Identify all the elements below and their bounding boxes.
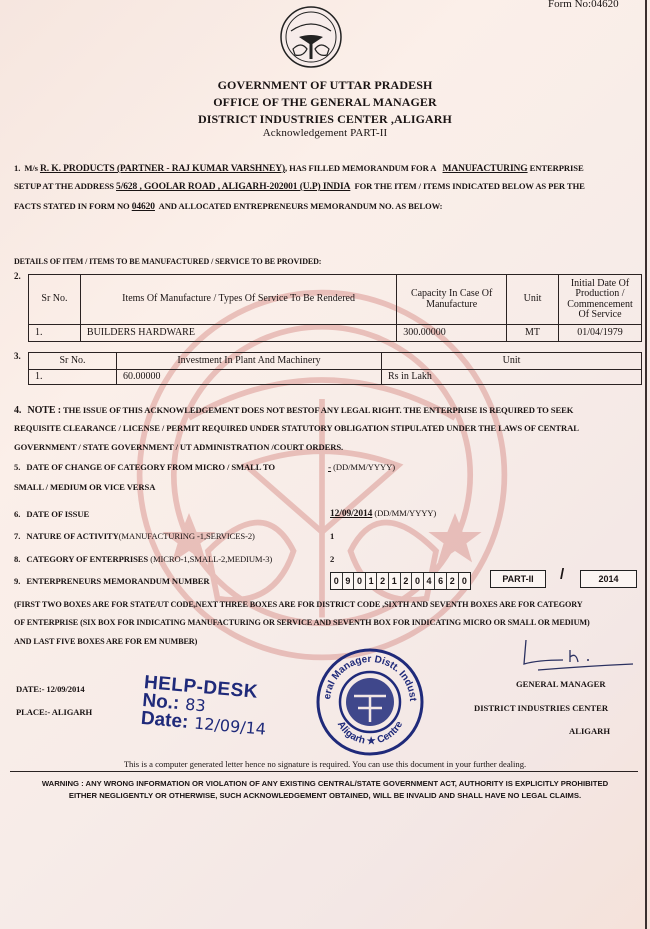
section1-text: FACTS STATED IN FORM NO xyxy=(14,201,130,211)
signatory-title: GENERAL MANAGER xyxy=(516,679,606,689)
item6-label: 6. DATE OF ISSUE xyxy=(14,509,89,519)
date-format: (DD/MM/YYYY) xyxy=(374,508,436,518)
col-header: Unit xyxy=(507,275,559,325)
em-digit-box: 0 xyxy=(412,573,424,589)
em-digit-box: 0 xyxy=(459,573,471,589)
signature-icon xyxy=(518,638,638,678)
enterprise-address: 5/628 , GOOLAR ROAD , ALIGARH-202001 (U.… xyxy=(116,182,350,192)
section2-number: 2. xyxy=(14,271,21,281)
item5-label2: SMALL / MEDIUM OR VICE VERSA xyxy=(14,482,155,492)
section1-line1: 1. M/s R. K. PRODUCTS (PARTNER - RAJ KUM… xyxy=(14,163,584,174)
table-header-row: Sr No. Investment In Plant And Machinery… xyxy=(29,353,642,370)
cell-capacity: 300.00000 xyxy=(397,325,507,342)
signatory-place: ALIGARH xyxy=(569,726,610,736)
col-header: Sr No. xyxy=(29,353,117,370)
section-number: 9. xyxy=(14,576,20,586)
section3-number: 3. xyxy=(14,351,21,361)
item5-label-text: DATE OF CHANGE OF CATEGORY FROM MICRO / … xyxy=(26,462,275,472)
em-digit-box: 2 xyxy=(377,573,389,589)
header-government: GOVERNMENT OF UTTAR PRADESH xyxy=(0,78,650,93)
cell-investment: 60.00000 xyxy=(117,370,382,385)
category-value: 2 xyxy=(330,554,334,564)
cell-sr-no: 1. xyxy=(29,370,117,385)
item7-hint: (MANUFACTURING -1,SERVICES-2) xyxy=(119,531,255,541)
note-text: THE ISSUE OF THIS ACKNOWLEDGEMENT DOES N… xyxy=(63,405,573,415)
issue-date: 12/09/2014 xyxy=(330,509,372,519)
col-header: Investment In Plant And Machinery xyxy=(117,353,382,370)
nature-of-activity-value: 1 xyxy=(330,531,334,541)
section-number: 1. xyxy=(14,163,20,173)
details-heading: DETAILS OF ITEM / ITEMS TO BE MANUFACTUR… xyxy=(14,257,321,266)
header-office: OFFICE OF THE GENERAL MANAGER xyxy=(0,95,650,110)
form-number-ref: 04620 xyxy=(132,202,155,212)
official-seal-icon: General Manager Distt. Industries Aligar… xyxy=(314,646,426,758)
footer-date: DATE:- 12/09/2014 xyxy=(16,684,85,694)
note-line1: 4. NOTE : THE ISSUE OF THIS ACKNOWLEDGEM… xyxy=(14,405,573,416)
col-header: Items Of Manufacture / Types Of Service … xyxy=(80,275,396,325)
explain-line1: (FIRST TWO BOXES ARE FOR STATE/UT CODE,N… xyxy=(14,600,583,609)
col-header: Sr No. xyxy=(29,275,81,325)
enterprise-type: MANUFACTURING xyxy=(443,164,528,174)
ms-prefix: M/s xyxy=(24,163,38,173)
category-change-date: - xyxy=(328,463,331,473)
note-line2: REQUISITE CLEARANCE / LICENSE / PERMIT R… xyxy=(14,423,579,433)
section1-line2: SETUP AT THE ADDRESS 5/628 , GOOLAR ROAD… xyxy=(14,181,585,192)
em-digit-box: 9 xyxy=(343,573,355,589)
date-format: (DD/MM/YYYY) xyxy=(333,462,395,472)
computer-generated-note: This is a computer generated letter henc… xyxy=(0,759,650,769)
header-acknowledgement: Acknowledgement PART-II xyxy=(0,127,650,139)
explain-line2: OF ENTERPRISE (SIX BOX FOR INDICATING MA… xyxy=(14,618,590,627)
warning-line1: WARNING : ANY WRONG INFORMATION OR VIOLA… xyxy=(0,778,650,790)
col-header: Unit xyxy=(382,353,642,370)
item5-label: 5. DATE OF CHANGE OF CATEGORY FROM MICRO… xyxy=(14,462,275,472)
cell-unit: MT xyxy=(507,325,559,342)
items-table: Sr No. Items Of Manufacture / Types Of S… xyxy=(28,274,642,342)
em-digit-box: 1 xyxy=(366,573,378,589)
investment-table: Sr No. Investment In Plant And Machinery… xyxy=(28,352,642,385)
em-digit-box: 0 xyxy=(331,573,343,589)
form-number: Form No:04620 xyxy=(548,0,619,10)
em-separator: / xyxy=(560,566,564,583)
em-digit-box: 2 xyxy=(401,573,413,589)
item6-label-text: DATE OF ISSUE xyxy=(26,509,89,519)
item6-value: 12/09/2014 (DD/MM/YYYY) xyxy=(330,508,436,519)
cell-initial-date: 01/04/1979 xyxy=(559,325,642,342)
helpdesk-date-value: 12/09/14 xyxy=(193,714,266,739)
up-state-emblem-icon xyxy=(279,5,343,69)
section1-text: SETUP AT THE ADDRESS xyxy=(14,181,114,191)
explain-line3: AND LAST FIVE BOXES ARE FOR EM NUMBER) xyxy=(14,637,197,646)
item8-label-text: CATEGORY OF ENTERPRISES xyxy=(26,554,148,564)
item8-hint: (MICRO-1,SMALL-2,MEDIUM-3) xyxy=(150,554,272,564)
em-number-boxes: 0 9 0 1 2 1 2 0 4 6 2 0 xyxy=(330,572,471,590)
item5-value: - (DD/MM/YYYY) xyxy=(328,462,395,473)
cell-unit: Rs in Lakh xyxy=(382,370,642,385)
firm-name: R. K. PRODUCTS (PARTNER - RAJ KUMAR VARS… xyxy=(40,164,285,174)
item9-label-text: ENTERPRENEURS MEMORANDUM NUMBER xyxy=(26,576,209,586)
col-header: Capacity In Case Of Manufacture xyxy=(397,275,507,325)
table-row: 1. 60.00000 Rs in Lakh xyxy=(29,370,642,385)
note-label: NOTE : xyxy=(27,405,61,416)
table-row: 1. BUILDERS HARDWARE 300.00000 MT 01/04/… xyxy=(29,325,642,342)
em-digit-box: 2 xyxy=(447,573,459,589)
em-year-box: 2014 xyxy=(580,570,637,588)
section-number: 6. xyxy=(14,509,20,519)
table-header-row: Sr No. Items Of Manufacture / Types Of S… xyxy=(29,275,642,325)
divider xyxy=(10,771,638,772)
item8-label: 8. CATEGORY OF ENTERPRISES (MICRO-1,SMAL… xyxy=(14,554,272,564)
em-part-box: PART-II xyxy=(490,570,546,588)
warning-line2: EITHER NEGLIGENTLY OR OTHERWISE, SUCH AC… xyxy=(0,790,650,802)
footer-place: PLACE:- ALIGARH xyxy=(16,707,92,717)
cell-item: BUILDERS HARDWARE xyxy=(80,325,396,342)
em-digit-box: 0 xyxy=(354,573,366,589)
em-digit-box: 1 xyxy=(389,573,401,589)
section1-text: ENTERPRISE xyxy=(530,163,584,173)
section1-line3: FACTS STATED IN FORM NO 04620 AND ALLOCA… xyxy=(14,201,442,212)
item9-label: 9. ENTERPRENEURS MEMORANDUM NUMBER xyxy=(14,576,210,586)
header-district: DISTRICT INDUSTRIES CENTER ,ALIGARH xyxy=(0,112,650,127)
note-line3: GOVERNMENT / STATE GOVERNMENT / UT ADMIN… xyxy=(14,442,343,452)
item7-label-text: NATURE OF ACTIVITY xyxy=(26,531,118,541)
em-digit-box: 4 xyxy=(424,573,436,589)
section-number: 8. xyxy=(14,554,20,564)
section1-text: , HAS FILLED MEMORANDUM FOR A xyxy=(285,163,436,173)
section-number: 5. xyxy=(14,462,20,472)
cell-sr-no: 1. xyxy=(29,325,81,342)
col-header: Initial Date Of Production / Commencemen… xyxy=(559,275,642,325)
signatory-office: DISTRICT INDUSTRIES CENTER xyxy=(474,703,608,713)
section1-text: AND ALLOCATED ENTREPRENEURS MEMORANDUM N… xyxy=(159,201,443,211)
section1-text: FOR THE ITEM / ITEMS INDICATED BELOW AS … xyxy=(354,181,584,191)
section-number: 4. xyxy=(14,405,21,416)
item7-label: 7. NATURE OF ACTIVITY(MANUFACTURING -1,S… xyxy=(14,531,255,541)
section-number: 7. xyxy=(14,531,20,541)
em-digit-box: 6 xyxy=(435,573,447,589)
helpdesk-date-label: Date: xyxy=(140,708,189,733)
helpdesk-stamp: HELP-DESK No.:83 Date:12/09/14 xyxy=(140,672,270,741)
